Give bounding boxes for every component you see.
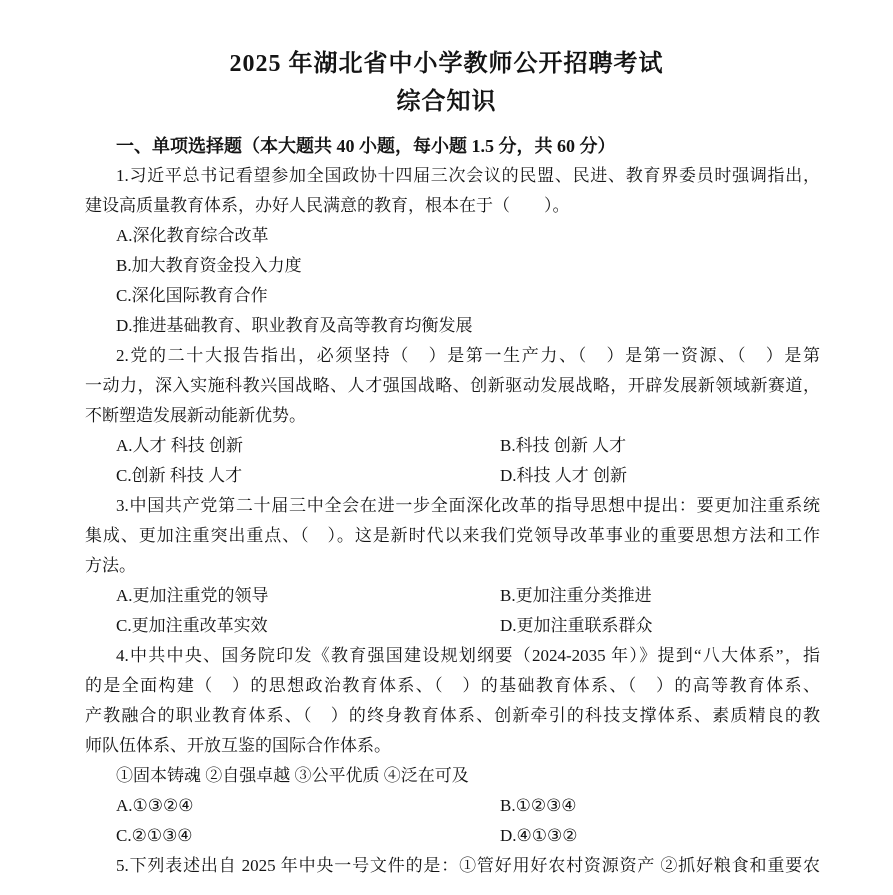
q1-option-b: B.加大教育资金投入力度: [85, 251, 820, 281]
q4-option-b: B.①②③④: [500, 791, 577, 821]
q2-option-c: C.创新 科技 人才: [116, 466, 242, 485]
q4-option-a: A.①③②④: [116, 796, 194, 815]
q5-stem-line-1: 5.下列表述出自 2025 年中央一号文件的是：①管好用好农村资源资产 ②抓好粮…: [85, 851, 820, 881]
q2-option-d: D.科技 人才 创新: [500, 461, 627, 491]
q3-stem-line-2: 集成、更加注重突出重点、（ ）。这是新时代以来我们党领导改革事业的重要思想方法和…: [85, 521, 820, 551]
q4-option-c: C.②①③④: [116, 826, 193, 845]
q3-option-b: B.更加注重分类推进: [500, 581, 652, 611]
q2-option-row-2: C.创新 科技 人才 D.科技 人才 创新: [85, 461, 820, 491]
document-title-line-2: 综合知识: [0, 83, 893, 121]
q3-option-c: C.更加注重改革实效: [116, 616, 268, 635]
q1-stem-line-2: 建设高质量教育体系，办好人民满意的教育，根本在于（ ）。: [85, 191, 820, 221]
q4-option-d: D.④①③②: [500, 821, 578, 851]
exam-paper-page: 2025 年湖北省中小学教师公开招聘考试 综合知识 一、单项选择题（本大题共 4…: [0, 0, 893, 895]
q4-stem-line-4: 师队伍体系、开放互鉴的国际合作体系。: [85, 731, 820, 761]
q3-option-a: A.更加注重党的领导: [116, 586, 269, 605]
q4-option-row-1: A.①③②④ B.①②③④: [85, 791, 820, 821]
q4-stem-line-2: 的是全面构建（ ）的思想政治教育体系、（ ）的基础教育体系、（ ）的高等教育体系…: [85, 671, 820, 701]
q4-stem-line-1: 4.中共中央、国务院印发《教育强国建设规划纲要（2024-2035 年）》提到“…: [85, 641, 820, 671]
q4-stem-line-3: 产教融合的职业教育体系、（ ）的终身教育体系、创新牵引的科技支撑体系、素质精良的…: [85, 701, 820, 731]
q4-option-row-2: C.②①③④ D.④①③②: [85, 821, 820, 851]
q2-stem-line-1: 2.党的二十大报告指出，必须坚持（ ）是第一生产力、（ ）是第一资源、（ ）是第: [85, 341, 820, 371]
q2-stem-line-3: 不断塑造发展新动能新优势。: [85, 401, 820, 431]
q2-option-row-1: A.人才 科技 创新 B.科技 创新 人才: [85, 431, 820, 461]
q1-stem-line-1: 1.习近平总书记看望参加全国政协十四届三次会议的民盟、民进、教育界委员时强调指出…: [85, 161, 820, 191]
q1-option-c: C.深化国际教育合作: [85, 281, 820, 311]
q3-stem-line-3: 方法。: [85, 551, 820, 581]
q2-option-b: B.科技 创新 人才: [500, 431, 626, 461]
document-body: 1.习近平总书记看望参加全国政协十四届三次会议的民盟、民进、教育界委员时强调指出…: [0, 161, 893, 881]
q1-option-d: D.推进基础教育、职业教育及高等教育均衡发展: [85, 311, 820, 341]
q4-numbered-items: ①固本铸魂 ②自强卓越 ③公平优质 ④泛在可及: [85, 761, 820, 791]
q2-option-a: A.人才 科技 创新: [116, 436, 243, 455]
q1-option-a: A.深化教育综合改革: [85, 221, 820, 251]
q3-stem-line-1: 3.中国共产党第二十届三中全会在进一步全面深化改革的指导思想中提出：要更加注重系…: [85, 491, 820, 521]
q2-stem-line-2: 一动力，深入实施科教兴国战略、人才强国战略、创新驱动发展战略，开辟发展新领域新赛…: [85, 371, 820, 401]
document-header: 2025 年湖北省中小学教师公开招聘考试 综合知识: [0, 0, 893, 121]
document-title-line-1: 2025 年湖北省中小学教师公开招聘考试: [0, 45, 893, 83]
section-header: 一、单项选择题（本大题共 40 小题，每小题 1.5 分，共 60 分）: [0, 131, 893, 161]
q3-option-row-2: C.更加注重改革实效 D.更加注重联系群众: [85, 611, 820, 641]
q3-option-d: D.更加注重联系群众: [500, 611, 653, 641]
q3-option-row-1: A.更加注重党的领导 B.更加注重分类推进: [85, 581, 820, 611]
